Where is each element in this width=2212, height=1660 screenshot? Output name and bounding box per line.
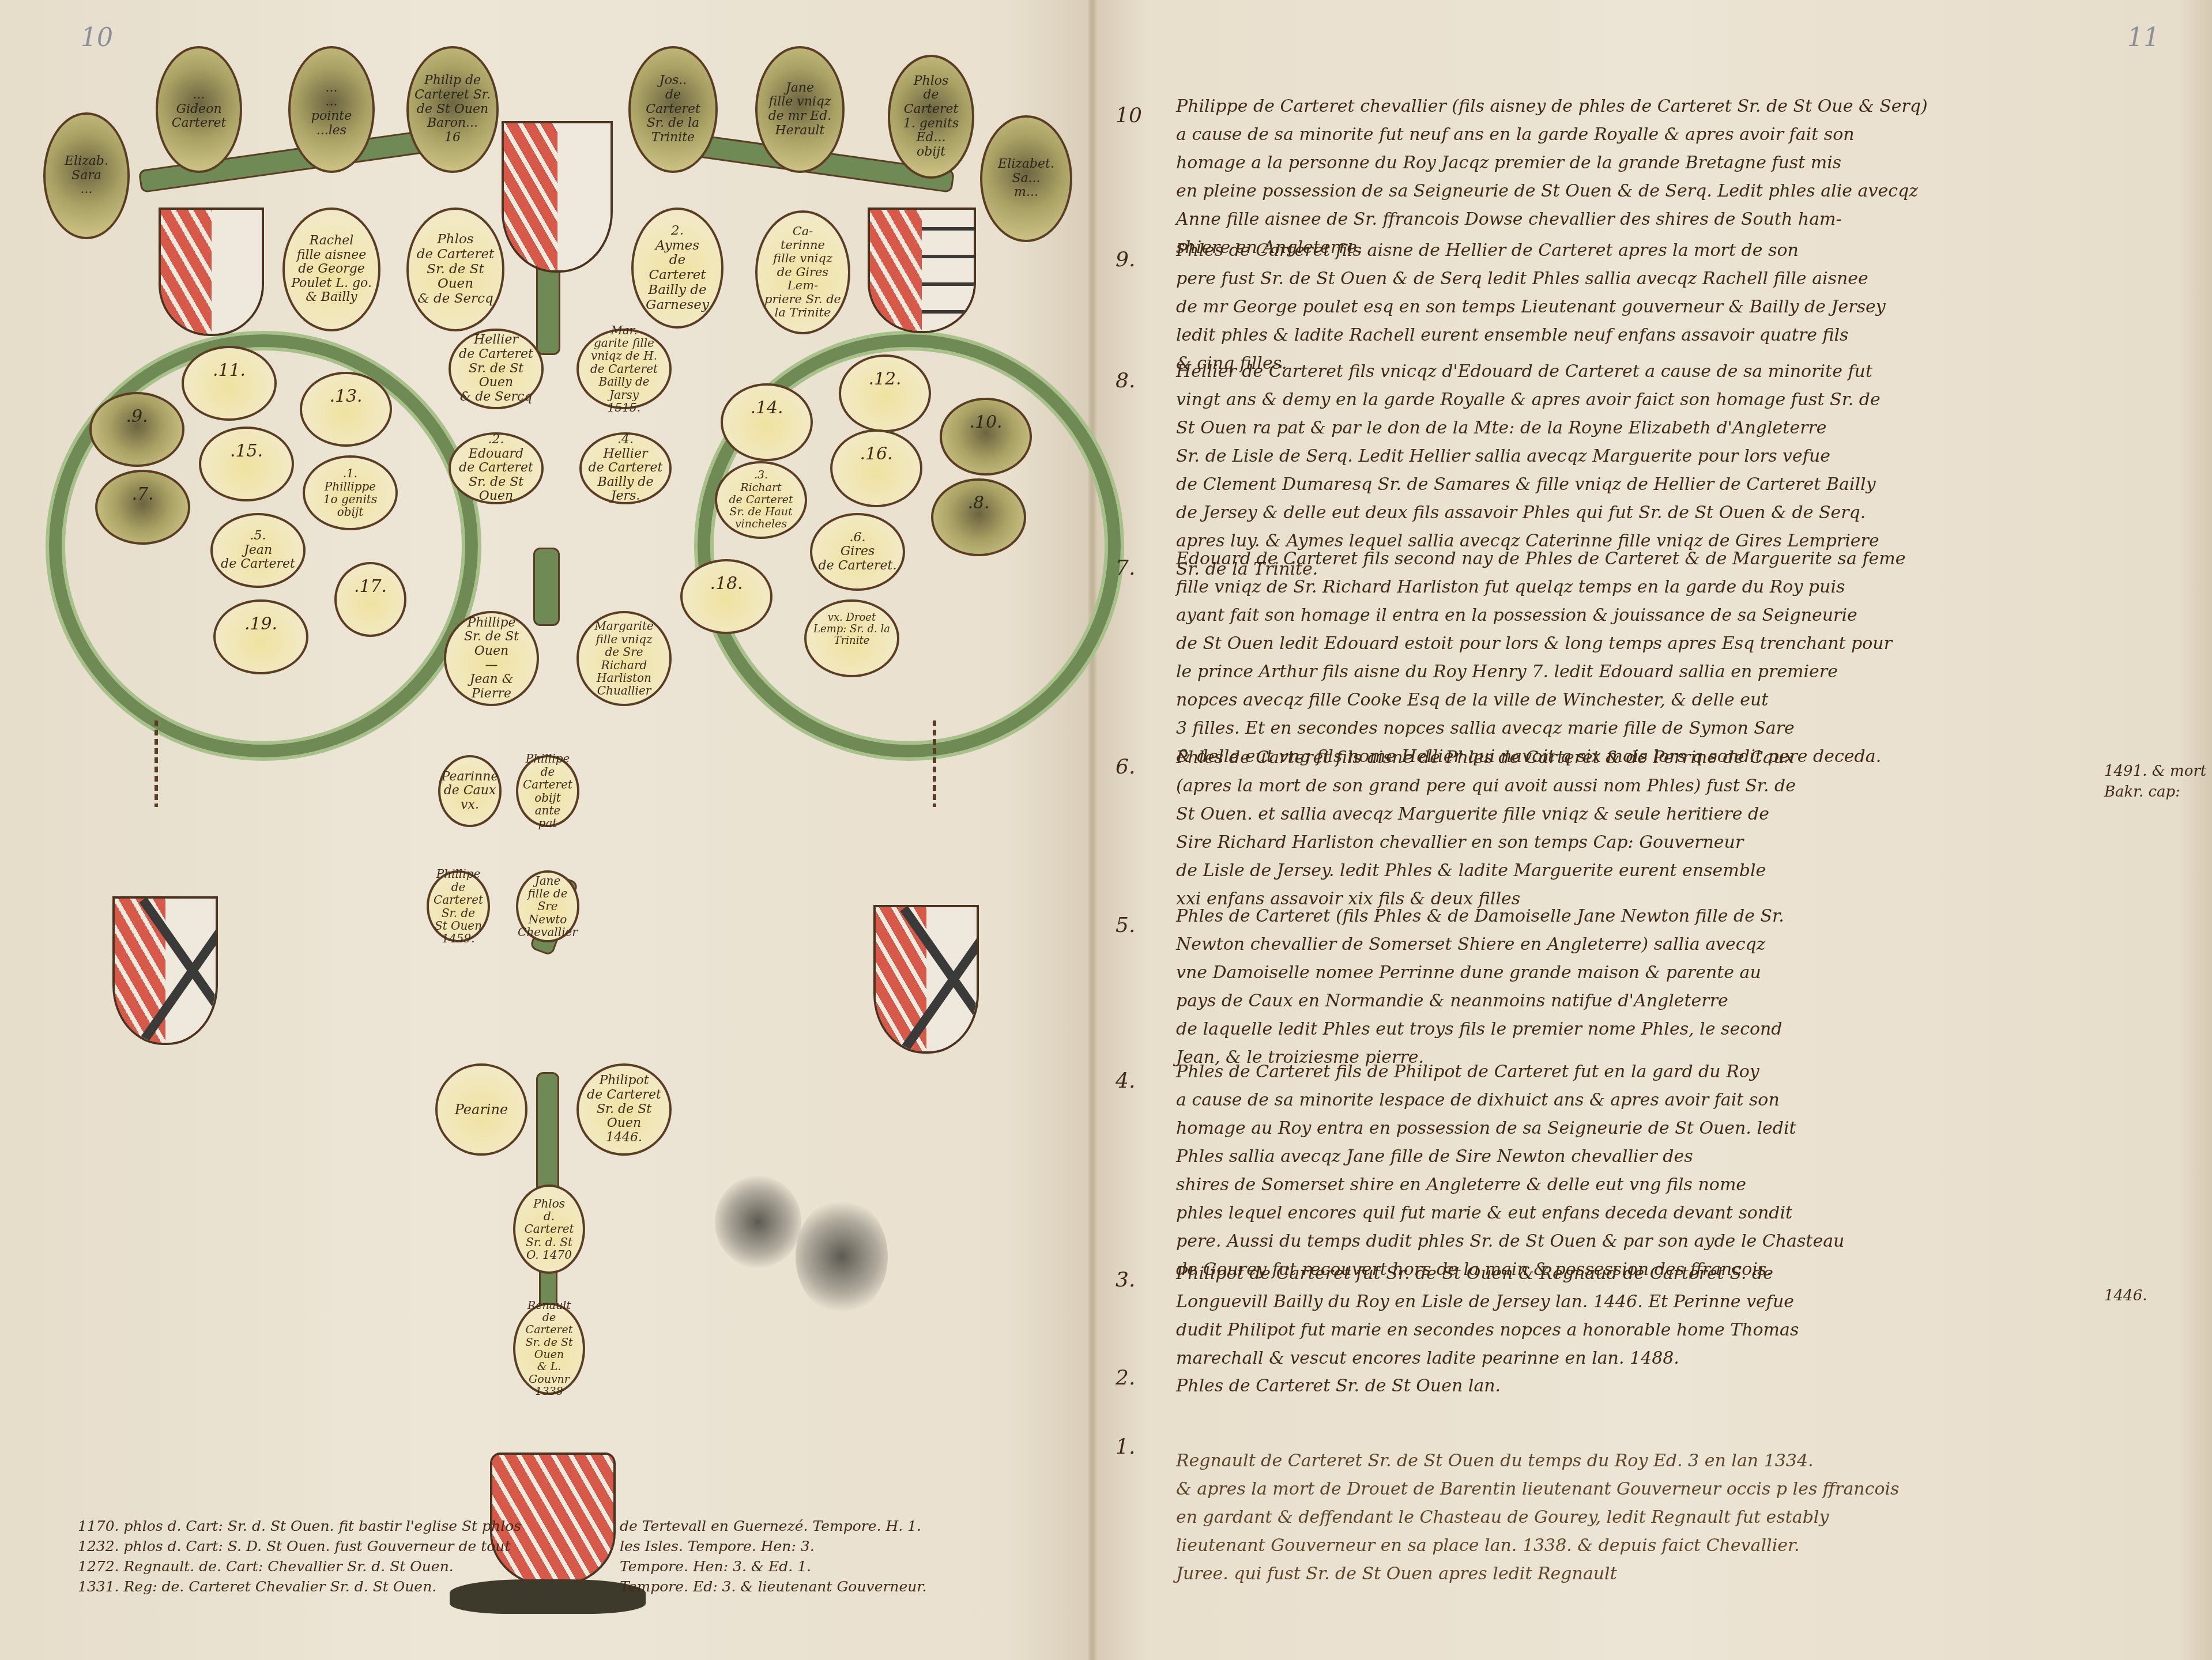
medallion-jos-trinite: Jos.. de Carteret Sr. de la Trinite: [628, 46, 718, 173]
medallion-14: .14.: [721, 383, 813, 461]
medallion-aymes: 2. Aymes de Carteret Bailly de Garnesey: [631, 207, 723, 329]
margin-note: 1491. & mort Bakr. cap:: [2104, 761, 2206, 802]
trunk-base: [536, 1072, 559, 1202]
medallion-3-richart: .3. Richart de Carteret Sr. de Haut vinc…: [715, 461, 807, 539]
medallion-12: .12.: [839, 354, 931, 432]
medallion-phlos-serq: Phlos de Carteret Sr. de St Ouen & de Se…: [406, 207, 504, 331]
legend-row: 1331. Reg: de. Carteret Chevalier Sr. d.…: [78, 1576, 521, 1597]
medallion-16: .16.: [830, 429, 922, 507]
entry-5: Phles de Carteret (fils Phles & de Damoi…: [1176, 902, 2110, 1072]
medallion-hellier-serq: Hellier de Carteret Sr. de St Ouen & de …: [449, 329, 544, 409]
medallion-pearine: Pearine: [435, 1063, 527, 1156]
coat-of-arms-center: [502, 121, 613, 273]
medallion-jane-herault: Jane fille vniqz de mr Ed. Herault: [755, 46, 845, 173]
entry-number: 9.: [1116, 248, 1135, 271]
coat-of-arms-left: [159, 207, 264, 336]
medallion-phlos-obiit: Phlos de Carteret 1. genits Ed... obijt: [888, 55, 974, 179]
coat-of-arms-right: [868, 207, 976, 333]
entry-2: Phles de Carteret Sr. de St Ouen lan.: [1176, 1372, 2110, 1400]
legend-row: 1170. phlos d. Cart: Sr. d. St Ouen. fit…: [78, 1516, 521, 1536]
medallion-philipot-1446: Philipot de Carteret Sr. de St Ouen 1446…: [576, 1063, 672, 1156]
entry-number: 6.: [1116, 755, 1135, 779]
entry-9: Phles de Carteret fils aisne de Hellier …: [1176, 236, 2110, 378]
legend-row: 1232. phlos d. Cart: S. D. St Ouen. fust…: [78, 1536, 521, 1556]
medallion-15: .15.: [199, 427, 294, 501]
medallion-philippe-obiit: Phillipe de Carteret obijt ante pat: [516, 755, 579, 827]
entry-number: 8.: [1116, 369, 1135, 393]
medallion-caterinne: Ca- terinne fille vniqz de Gires Lem- pr…: [755, 210, 850, 334]
entry-1: Regnault de Carteret Sr. de St Ouen du t…: [1176, 1447, 2110, 1588]
medallion-hellier-bailly: .4. Hellier de Carteret Bailly de Jers.: [579, 432, 672, 504]
hanging-shield-left: [112, 896, 218, 1045]
legend-left: 1170. phlos d. Cart: Sr. d. St Ouen. fit…: [78, 1516, 521, 1597]
legend-row: 1272. Regnault. de. Cart: Chevallier Sr.…: [78, 1556, 521, 1576]
medallion-5-jean: .5. Jean de Carteret: [210, 513, 306, 588]
medallion-rachel: Rachel fille aisnee de George Poulet L. …: [282, 207, 380, 331]
medallion-ux-droet: vx. Droet Lemp: Sr. d. la Trinite: [804, 599, 899, 677]
page-number-left: 10: [81, 23, 113, 52]
ink-stain: [796, 1199, 888, 1314]
chain-left: [154, 720, 158, 807]
entry-6: Phles de Carteret fils aisne de Phles de…: [1176, 744, 2110, 913]
medallion-renault-1338: Renault de Carteret Sr. de St Ouen & L. …: [513, 1303, 585, 1395]
trunk-mid: [533, 548, 560, 626]
medallion-17: .17.: [334, 562, 406, 637]
entry-number: 10: [1116, 104, 1142, 127]
medallion-9: .9.: [89, 392, 184, 467]
medallion-philippe-1459: Phillipe de Carteret Sr. de St Ouen 1459…: [427, 870, 490, 942]
medallion-philippe-jean-pierre: Phillipe Sr. de St Ouen — Jean & Pierre: [444, 611, 539, 706]
margin-note: 1446.: [2104, 1285, 2147, 1306]
medallion-margarite-harliston: Margarite fille vniqz de Sre Richard Har…: [576, 611, 672, 706]
medallion-10: .10.: [940, 398, 1032, 476]
medallion-elizab: Elizab. Sara ...: [43, 112, 130, 239]
entry-number: 2.: [1116, 1366, 1135, 1390]
medallion-pearinne-caux: Pearinne de Caux vx.: [438, 755, 502, 827]
medallion-elizabet: Elizabet. Sa... m...: [980, 115, 1072, 242]
legend-right: de Tertevall en Guernezé. Tempore. H. 1.…: [620, 1516, 927, 1597]
medallion-19: .19.: [213, 599, 308, 674]
entry-number: 5.: [1116, 914, 1135, 937]
medallion-18: .18.: [680, 559, 772, 634]
medallion-margarite-1515: Mar. garite fille vniqz de H. de Cartere…: [576, 329, 672, 409]
medallion-jane-newton: Jane fille de Sre Newto Chevallier: [516, 870, 579, 942]
medallion-11: .11.: [182, 346, 277, 421]
medallion-8: .8.: [931, 478, 1026, 556]
book-gutter: [1088, 0, 1096, 1660]
entry-number: 4.: [1116, 1069, 1135, 1093]
hanging-shield-right: [873, 905, 979, 1054]
medallion-philip-baron: Philip de Carteret Sr. de St Ouen Baron.…: [406, 46, 499, 173]
entry-3: Philipot de Carteret fut Sr. de St Ouen …: [1176, 1259, 2110, 1372]
medallion-edouard: .2. Edouard de Carteret Sr. de St Ouen: [449, 432, 544, 504]
medallion-13: .13.: [300, 372, 392, 447]
medallion-gideon: ... Gideon Carteret: [156, 46, 242, 173]
medallion-phlos-1470: Phlos d. Carteret Sr. d. St O. 1470: [513, 1184, 585, 1274]
ink-stain: [715, 1176, 801, 1268]
medallion-7: .7.: [95, 470, 190, 545]
medallion-faded-3: ... ... pointe ...les: [288, 46, 375, 173]
entry-number: 7.: [1116, 556, 1135, 580]
page-number-right: 11: [2127, 23, 2160, 52]
entry-number: 3.: [1116, 1268, 1135, 1292]
chain-right: [933, 720, 936, 807]
medallion-6-gires: .6. Gires de Carteret.: [810, 513, 905, 591]
entry-4: Phles de Carteret fils de Philipot de Ca…: [1176, 1058, 2110, 1284]
medallion-1-phillippe: .1. Phillippe 1o genits obijt: [303, 455, 398, 530]
entry-number: 1.: [1116, 1435, 1135, 1459]
entry-7: Edouard de Carteret fils second nay de P…: [1176, 545, 2110, 771]
